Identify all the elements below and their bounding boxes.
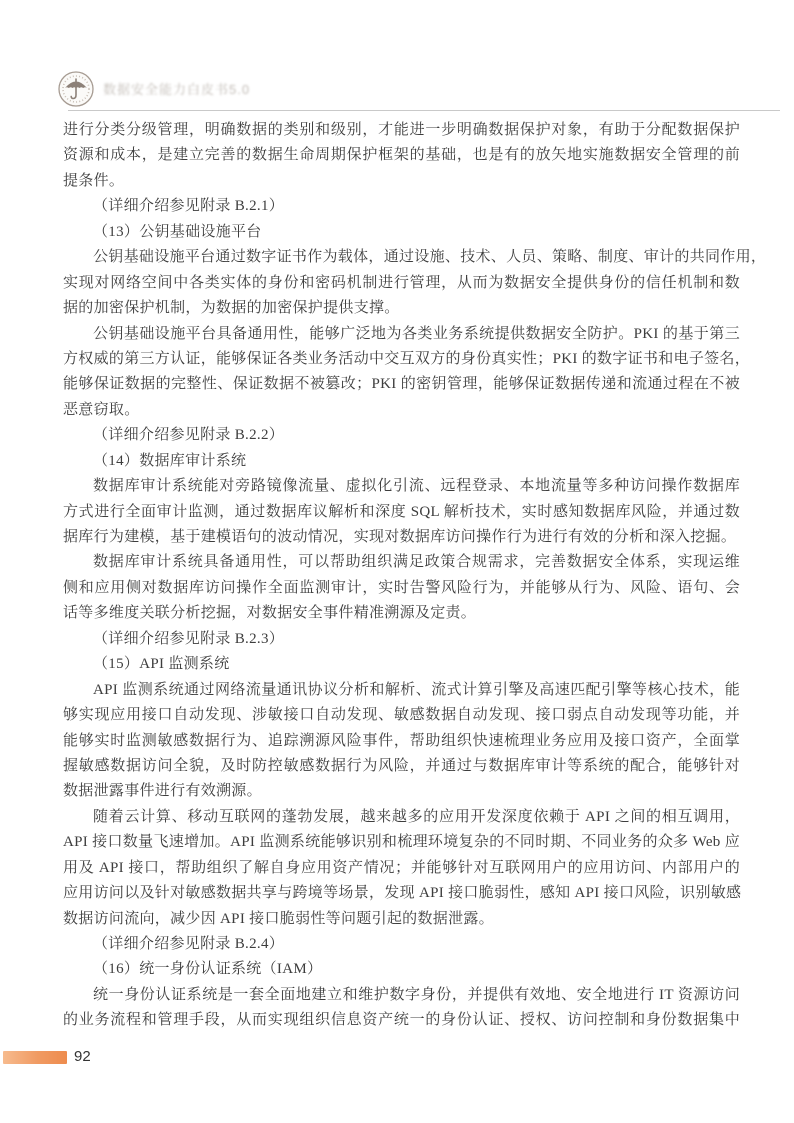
- text-line: （15）API 监测系统: [63, 652, 740, 677]
- text-line: 数据泄露事件进行有效溯源。: [63, 779, 740, 804]
- text-line: 能够实时监测敏感数据行为、追踪溯源风险事件，帮助组织快速梳理业务应用及接口资产，…: [63, 729, 740, 754]
- paragraph: API 监测系统通过网络流量通讯协议分析和解析、流式计算引擎及高速匹配引擎等核心…: [63, 678, 740, 805]
- text-line: 据的加密保护机制，为数据的加密保护提供支撑。: [63, 296, 740, 321]
- text-line: 资源和成本，是建立完善的数据生命周期保护框架的基础，也是有的放矢地实施数据安全管…: [63, 143, 740, 168]
- paragraph: （详细介绍参见附录 B.2.2）: [63, 423, 740, 448]
- text-line: 话等多维度关联分析挖掘，对数据安全事件精准溯源及定责。: [63, 601, 740, 626]
- paragraph: 数据库审计系统能对旁路镜像流量、虚拟化引流、远程登录、本地流量等多种访问操作数据…: [63, 474, 740, 550]
- text-line: （详细介绍参见附录 B.2.1）: [63, 194, 740, 219]
- section-heading: （14）数据库审计系统: [63, 449, 740, 474]
- text-line: 方权威的第三方认证，能够保证各类业务活动中交互双方的身份真实性；PKI 的数字证…: [63, 347, 740, 372]
- text-line: 随着云计算、移动互联网的蓬勃发展，越来越多的应用开发深度依赖于 API 之间的相…: [63, 805, 740, 830]
- text-line: （详细介绍参见附录 B.2.3）: [63, 627, 740, 652]
- paragraph: （详细介绍参见附录 B.2.4）: [63, 932, 740, 957]
- text-line: 的业务流程和管理手段，从而实现组织信息资产统一的身份认证、授权、访问控制和身份数…: [63, 1008, 740, 1033]
- text-line: 进行分类分级管理，明确数据的类别和级别，才能进一步明确数据保护对象，有助于分配数…: [63, 118, 740, 143]
- text-line: 数据库审计系统能对旁路镜像流量、虚拟化引流、远程登录、本地流量等多种访问操作数据…: [63, 474, 740, 499]
- paragraph: 统一身份认证系统是一套全面地建立和维护数字身份，并提供有效地、安全地进行 IT …: [63, 983, 740, 1034]
- text-line: 提条件。: [63, 169, 740, 194]
- text-line: 方式进行全面审计监测，通过数据库议解析和深度 SQL 解析技术，实时感知数据库风…: [63, 500, 740, 525]
- text-line: 够实现应用接口自动发现、涉敏接口自动发现、敏感数据自动发现、接口弱点自动发现等功…: [63, 703, 740, 728]
- text-line: （14）数据库审计系统: [63, 449, 740, 474]
- page-body: 进行分类分级管理，明确数据的类别和级别，才能进一步明确数据保护对象，有助于分配数…: [63, 118, 740, 1034]
- text-line: API 监测系统通过网络流量通讯协议分析和解析、流式计算引擎及高速匹配引擎等核心…: [63, 678, 740, 703]
- text-line: 数据访问流向，减少因 API 接口脆弱性等问题引起的数据泄露。: [63, 907, 740, 932]
- text-line: 用及 API 接口，帮助组织了解自身应用资产情况；并能够针对互联网用户的应用访问…: [63, 856, 740, 881]
- text-line: 据库行为建模，基于建模语句的波动情况，实现对数据库访问操作行为进行有效的分析和深…: [63, 525, 740, 550]
- text-line: 公钥基础设施平台通过数字证书作为载体，通过设施、技术、人员、策略、制度、审计的共…: [63, 245, 740, 270]
- text-line: 握敏感数据访问全貌，及时防控敏感数据行为风险，并通过与数据库审计等系统的配合，能…: [63, 754, 740, 779]
- section-heading: （13）公钥基础设施平台: [63, 220, 740, 245]
- text-line: 公钥基础设施平台具备通用性，能够广泛地为各类业务系统提供数据安全防护。PKI 的…: [63, 322, 740, 347]
- page-header: 数据安全能力白皮书5.0: [0, 0, 794, 116]
- paragraph: 进行分类分级管理，明确数据的类别和级别，才能进一步明确数据保护对象，有助于分配数…: [63, 118, 740, 194]
- document-page: { "header": { "logo_icon": "umbrella-emb…: [0, 0, 794, 1123]
- text-line: 能够保证数据的完整性、保证数据不被篡改；PKI 的密钥管理，能够保证数据传递和流…: [63, 372, 740, 397]
- text-line: API 接口数量飞速增加。API 监测系统能够识别和梳理环境复杂的不同时期、不同…: [63, 830, 740, 855]
- paragraph: （详细介绍参见附录 B.2.1）: [63, 194, 740, 219]
- text-line: 实现对网络空间中各类实体的身份和密码机制进行管理，从而为数据安全提供身份的信任机…: [63, 271, 740, 296]
- paragraph: 公钥基础设施平台具备通用性，能够广泛地为各类业务系统提供数据安全防护。PKI 的…: [63, 322, 740, 424]
- paragraph: 数据库审计系统具备通用性，可以帮助组织满足政策合规需求，完善数据安全体系，实现运…: [63, 550, 740, 626]
- text-line: 统一身份认证系统是一套全面地建立和维护数字身份，并提供有效地、安全地进行 IT …: [63, 983, 740, 1008]
- umbrella-emblem-icon: [57, 69, 95, 111]
- section-heading: （16）统一身份认证系统（IAM）: [63, 957, 740, 982]
- text-line: （详细介绍参见附录 B.2.2）: [63, 423, 740, 448]
- footer-accent-bar: [3, 1051, 67, 1064]
- paragraph: 公钥基础设施平台通过数字证书作为载体，通过设施、技术、人员、策略、制度、审计的共…: [63, 245, 740, 321]
- section-heading: （15）API 监测系统: [63, 652, 740, 677]
- text-line: （13）公钥基础设施平台: [63, 220, 740, 245]
- header-divider: [68, 110, 780, 111]
- paragraph: 随着云计算、移动互联网的蓬勃发展，越来越多的应用开发深度依赖于 API 之间的相…: [63, 805, 740, 932]
- watermark-header-title: 数据安全能力白皮书5.0: [103, 79, 250, 98]
- text-line: 数据库审计系统具备通用性，可以帮助组织满足政策合规需求，完善数据安全体系，实现运…: [63, 550, 740, 575]
- paragraph: （详细介绍参见附录 B.2.3）: [63, 627, 740, 652]
- page-number: 92: [74, 1048, 91, 1065]
- text-line: 侧和应用侧对数据库访问操作全面监测审计，实时告警风险行为，并能够从行为、风险、语…: [63, 576, 740, 601]
- text-line: （16）统一身份认证系统（IAM）: [63, 957, 740, 982]
- text-line: 应用访问以及针对敏感数据共享与跨境等场景，发现 API 接口脆弱性，感知 API…: [63, 881, 740, 906]
- text-line: 恶意窃取。: [63, 398, 740, 423]
- text-line: （详细介绍参见附录 B.2.4）: [63, 932, 740, 957]
